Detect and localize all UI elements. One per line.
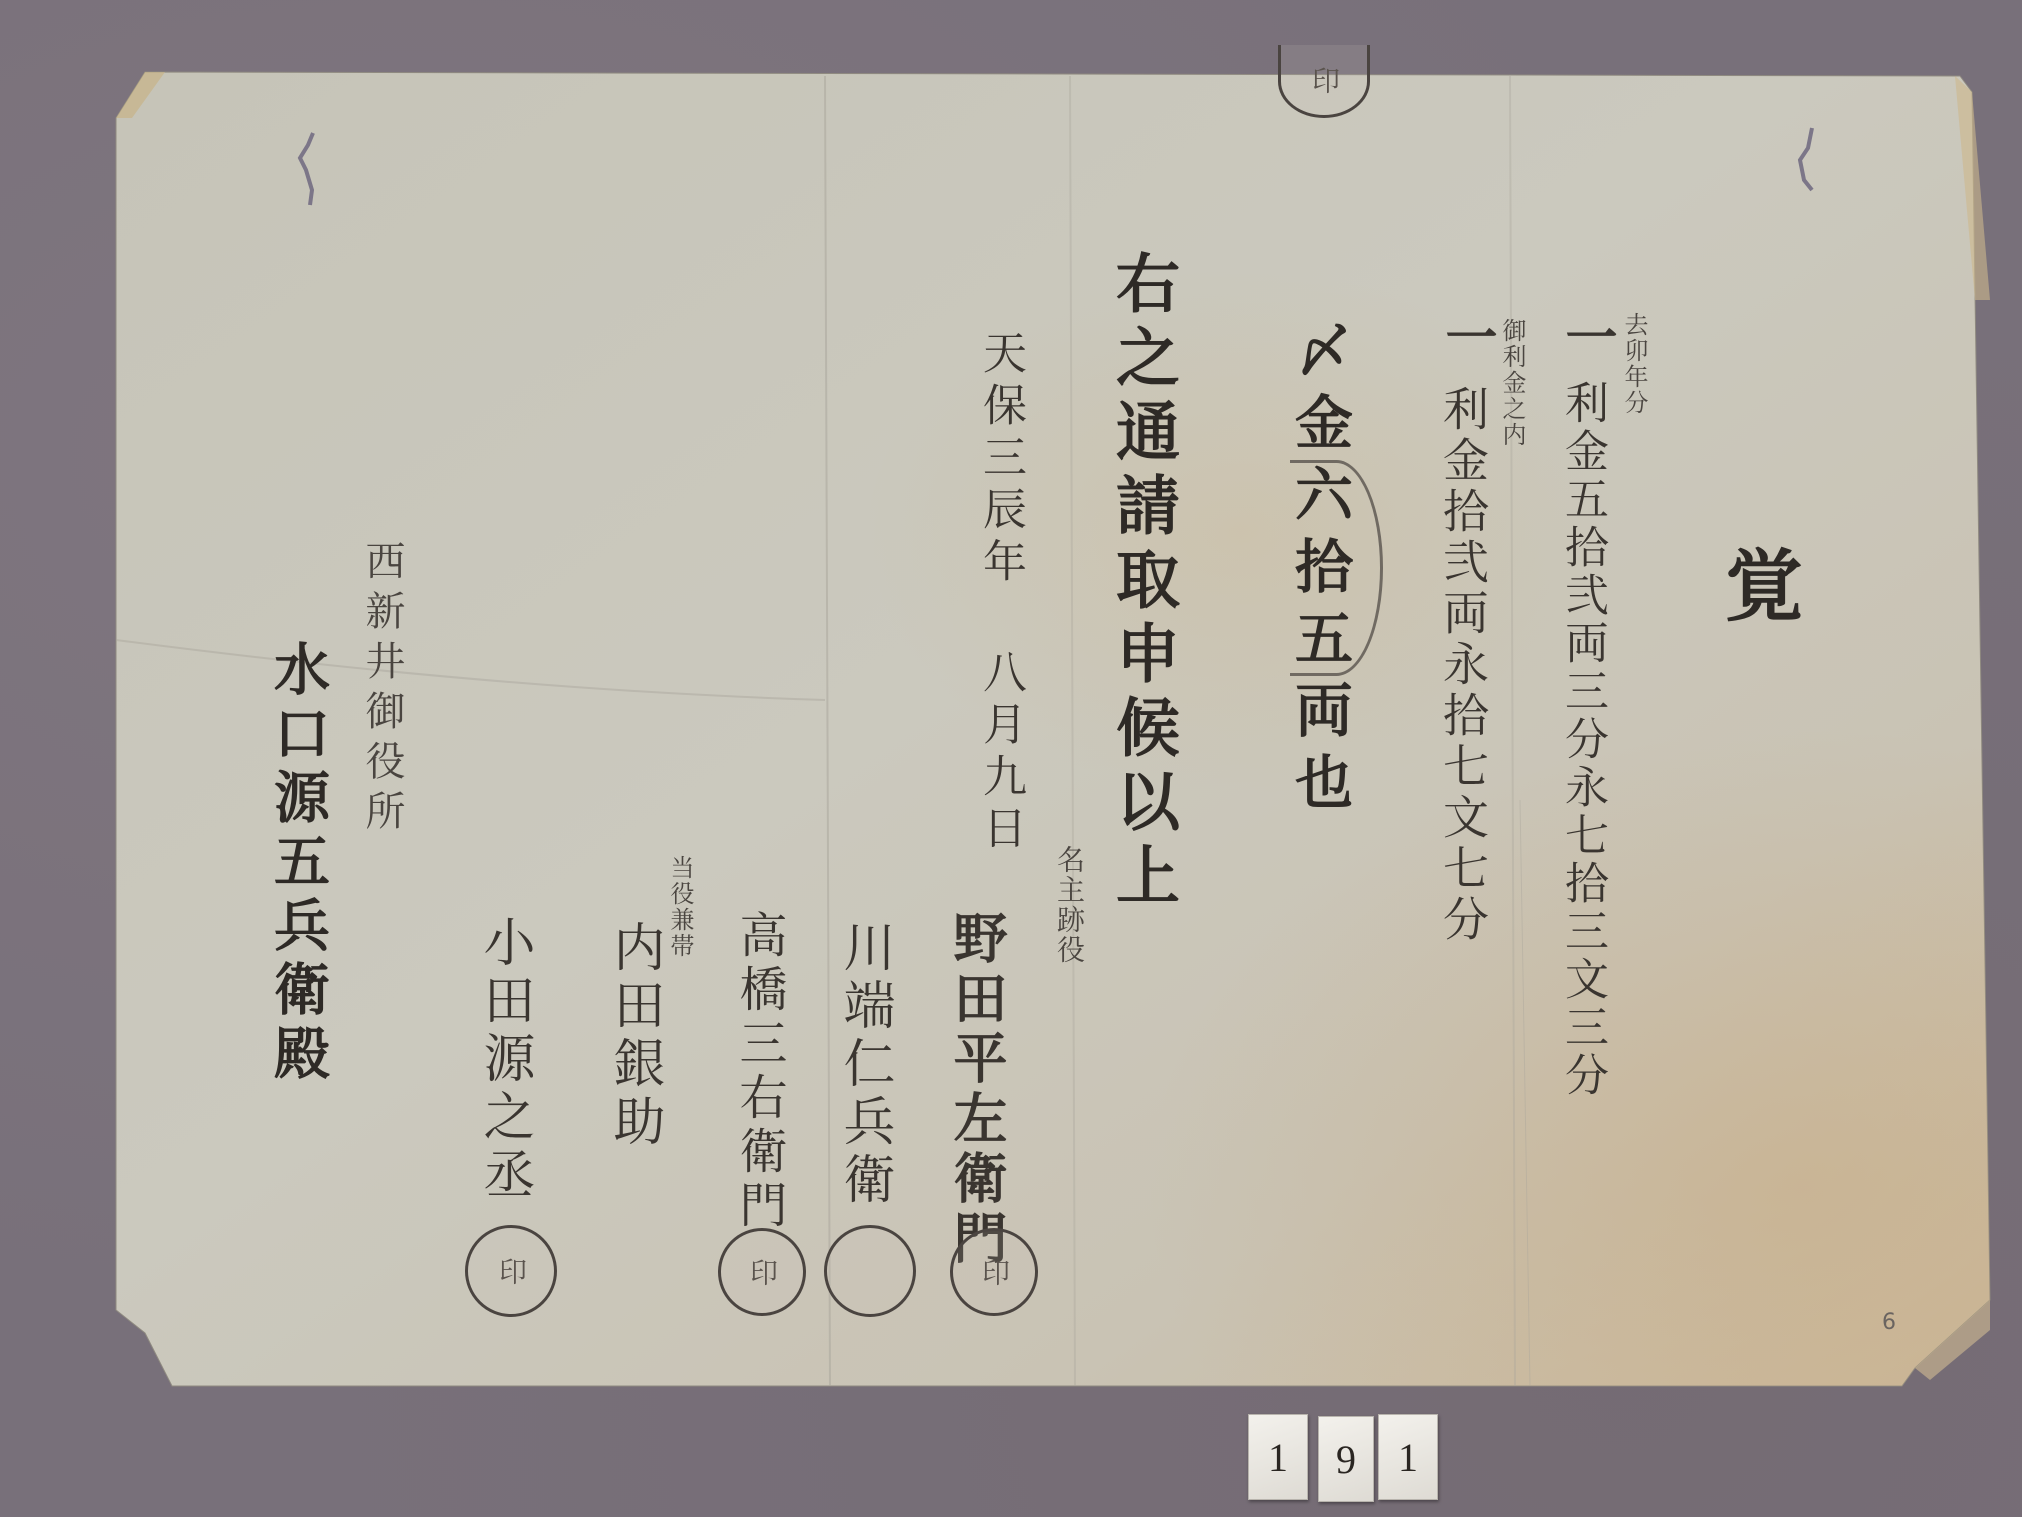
addressee-name: 水口源五兵衛殿	[270, 640, 326, 1088]
signatory-3-name: 高橋三右衛門	[735, 910, 783, 1234]
document-heading: 覚	[1718, 545, 1796, 631]
signatory-5-seal: 印	[465, 1225, 557, 1317]
corner-pencil-note: 6	[1882, 1310, 1896, 1335]
signatory-3-seal-text: 印	[742, 1258, 782, 1286]
total-seal-partial	[1290, 460, 1383, 676]
signatory-2-name: 川端仁兵衛	[838, 920, 890, 1210]
item-1-bullet: 一	[1560, 310, 1612, 368]
item-2-annotation: 御利金之内	[1500, 318, 1524, 448]
signatory-5-name: 小田源之丞	[478, 915, 530, 1205]
top-seal-stamp: 印	[1278, 45, 1370, 118]
item-1-text: 利金五拾弐両三分永七拾三文三分	[1560, 380, 1604, 1100]
top-seal-text: 印	[1304, 66, 1344, 94]
signatory-5-seal-text: 印	[491, 1257, 531, 1285]
catalog-digit-3: 1	[1378, 1414, 1438, 1500]
document-date: 天保三辰年 八月九日	[978, 330, 1022, 857]
catalog-digit-1: 1	[1248, 1414, 1308, 1500]
item-1-annotation: 去卯年分	[1622, 312, 1646, 416]
signatory-1-seal: 印	[950, 1228, 1038, 1316]
receipt-statement: 右之通請取申候以上	[1110, 250, 1174, 916]
signatory-2-seal	[824, 1225, 916, 1317]
signatory-4-name: 内田銀助	[608, 920, 660, 1152]
signatory-1-name: 野田平左衛門	[950, 910, 1004, 1270]
item-2-text: 利金拾弐両永拾七文七分	[1440, 385, 1486, 946]
addressee-office: 西新井御役所	[362, 540, 402, 840]
signatory-1-role: 名主跡役	[1055, 845, 1083, 965]
signatory-1-seal-text: 印	[974, 1258, 1014, 1286]
signatory-4-role: 当役兼帯	[668, 855, 692, 959]
signatory-3-seal: 印	[718, 1228, 806, 1316]
catalog-digit-2: 9	[1318, 1416, 1374, 1502]
item-2-bullet: 一	[1440, 310, 1492, 368]
